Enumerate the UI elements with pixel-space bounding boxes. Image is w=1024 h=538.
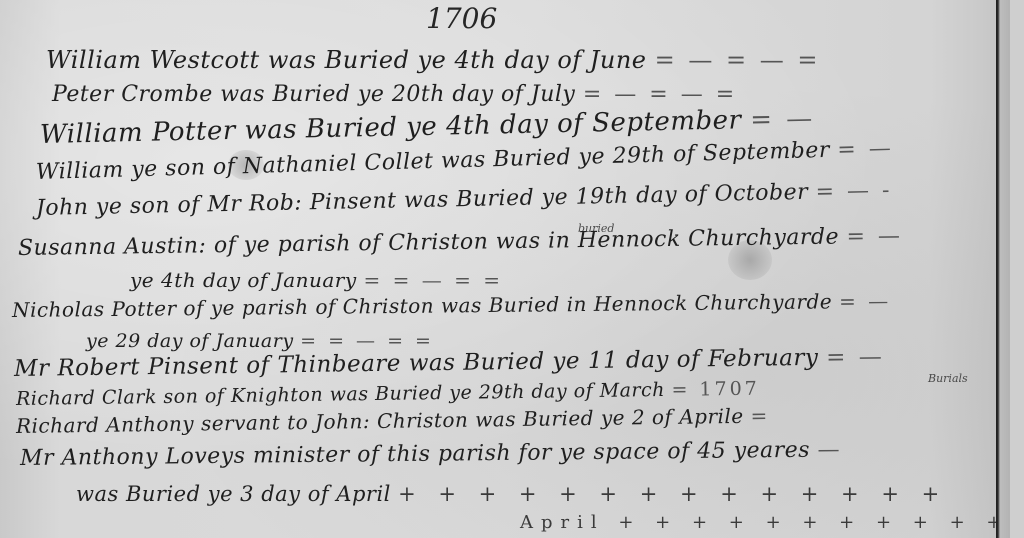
entry-text: was Buried ye 3 day of April <box>76 482 391 506</box>
entry-trail: = — <box>826 344 885 371</box>
entry-trail: = 1707 <box>671 378 760 401</box>
entry-text: Nicholas Potter of ye parish of Christon… <box>12 289 832 322</box>
entry-text: William Westcott was Buried ye 4th day o… <box>46 46 647 74</box>
entry-trail: = — = — = <box>655 46 821 74</box>
entry-1: William Westcott was Buried ye 4th day o… <box>46 46 821 74</box>
entry-trail: = — <box>846 224 903 250</box>
entry-text: Mr Anthony Loveys minister of this paris… <box>20 438 810 471</box>
entry-10: Richard Anthony servant to John: Christo… <box>16 403 771 438</box>
entry-text: Susanna Austin: of ye parish of Christon… <box>18 229 541 261</box>
page-edge <box>996 0 1010 538</box>
entry-text: Richard Anthony servant to John: Christo… <box>16 404 744 438</box>
entry-7-date: ye 29 day of January = = — = = <box>86 330 434 352</box>
entry-text-continued: in Hennock Churchyarde <box>548 225 839 254</box>
entry-text: ye 4th day of January <box>130 268 357 292</box>
entry-trail: = — <box>837 136 894 163</box>
entry-11-continued: was Buried ye 3 day of April + + + + + +… <box>76 482 947 506</box>
entry-trail: = — - <box>815 178 892 205</box>
entry-7: Nicholas Potter of ye parish of Christon… <box>12 289 891 322</box>
entry-text: Peter Crombe was Buried ye 20th day of J… <box>52 82 575 107</box>
entry-trail: = — = — = <box>583 82 737 107</box>
entry-text: ye 29 day of January <box>86 330 294 352</box>
entry-trail: = — <box>839 289 891 314</box>
entry-trail: = <box>750 403 770 427</box>
line-filler-crosses: + + + + + + + + + + + + + + <box>398 482 947 506</box>
entry-2: Peter Crombe was Buried ye 20th day of J… <box>52 82 737 107</box>
entry-6-date: ye 4th day of January = = — = = <box>130 268 503 292</box>
line-filler-crosses: April + + + + + + + + + + + <box>520 512 1009 533</box>
entry-trail: = — <box>750 104 816 135</box>
entry-5: John ye son of Mr Rob: Pinsent was Burie… <box>36 178 893 221</box>
entry-text: John ye son of Mr Rob: Pinsent was Burie… <box>36 180 809 221</box>
entry-11: Mr Anthony Loveys minister of this paris… <box>20 437 843 471</box>
entry-trail: = = — = = <box>364 268 503 292</box>
margin-note-burials: Burials <box>928 372 968 385</box>
register-page: 1706 William Westcott was Buried ye 4th … <box>0 0 1010 538</box>
entry-trail: = = — = = <box>300 330 434 352</box>
entry-trail: — <box>817 437 842 462</box>
partial-line: April + + + + + + + + + + + <box>520 512 1009 533</box>
year-heading: 1706 <box>426 2 497 35</box>
